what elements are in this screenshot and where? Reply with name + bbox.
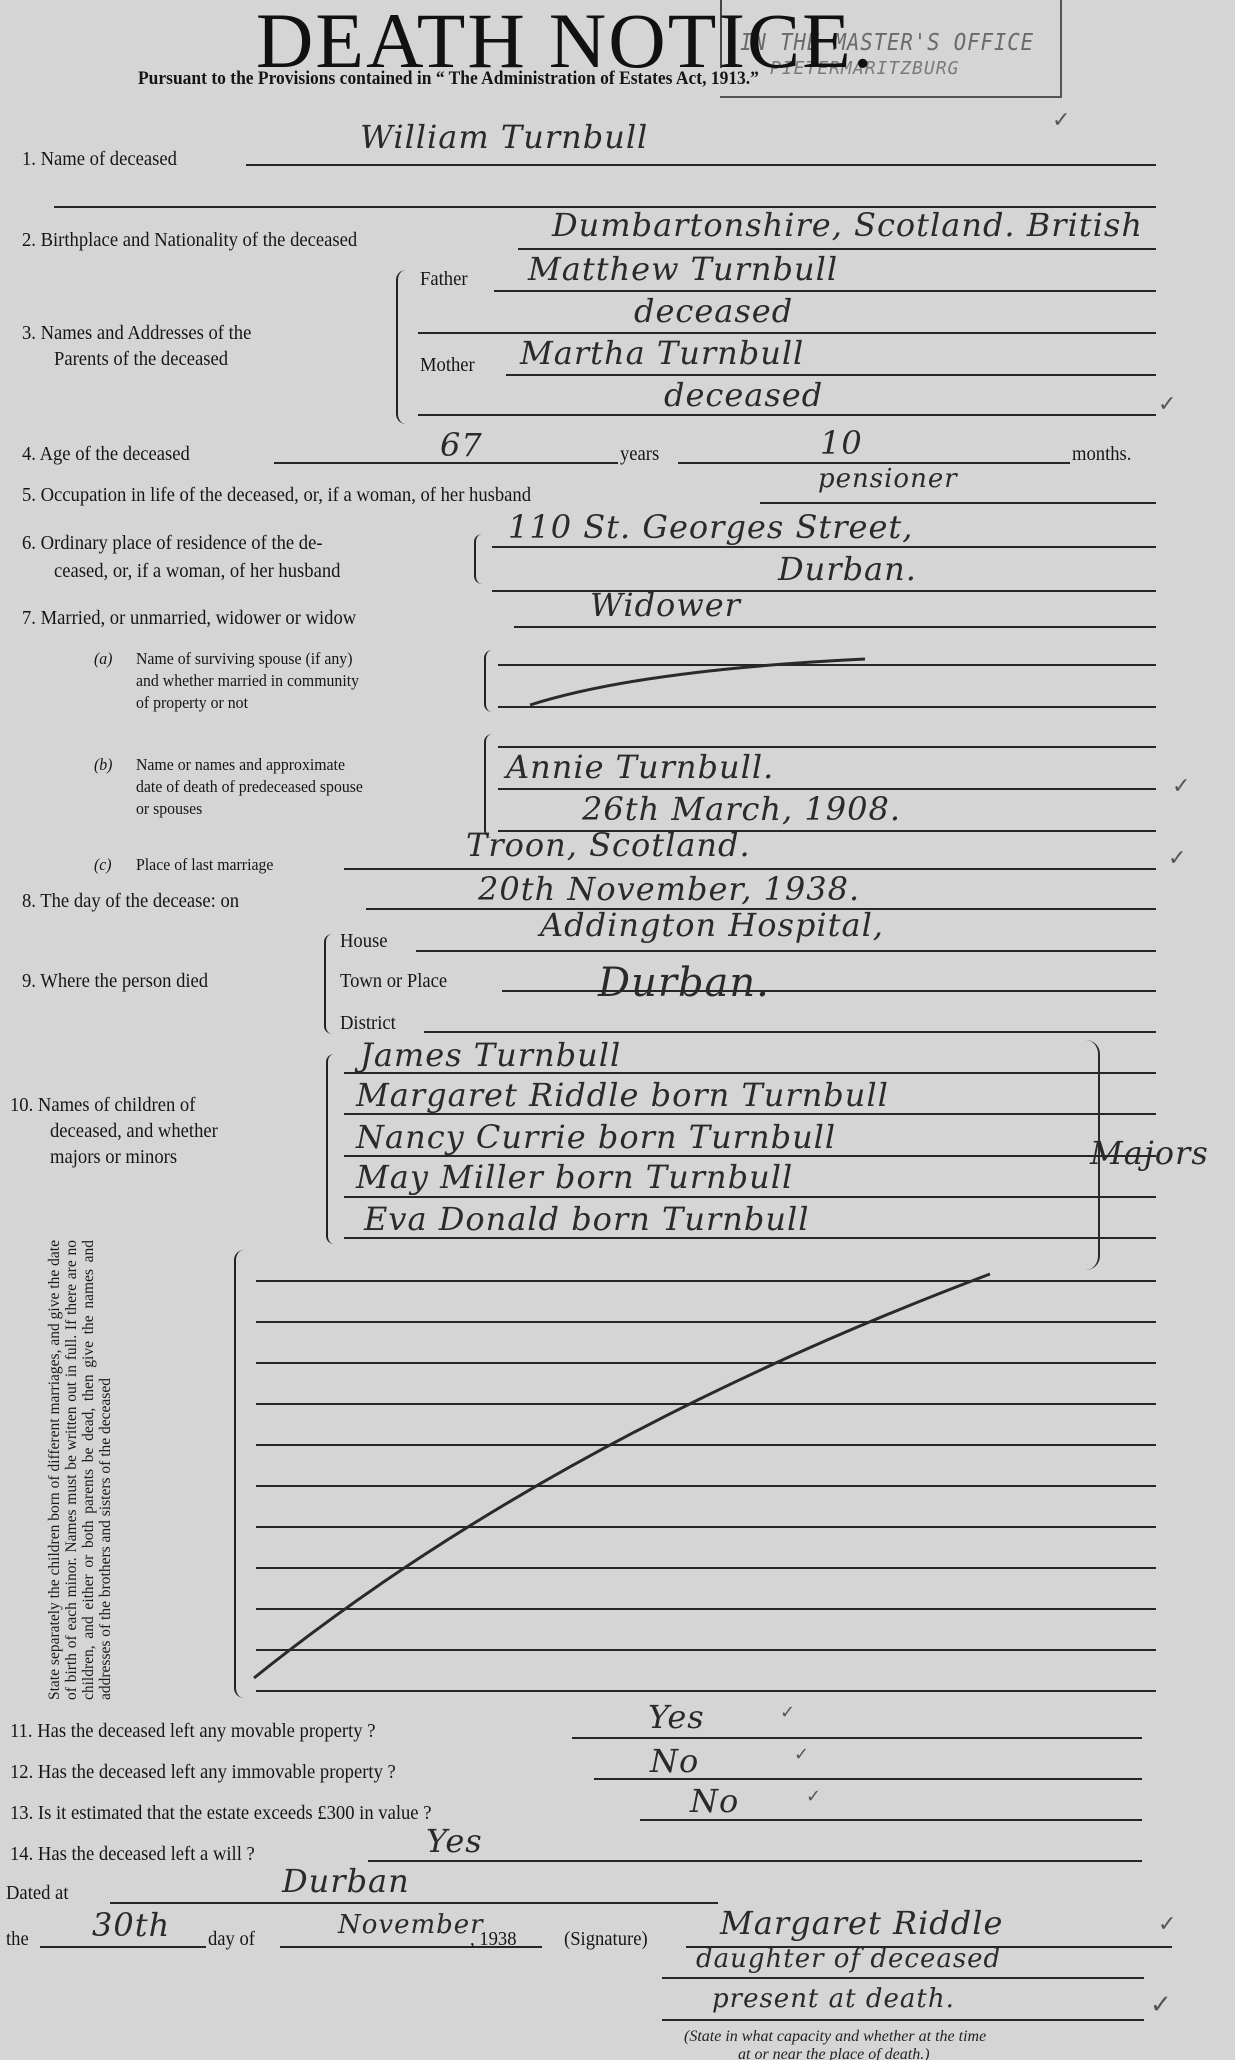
q7a-label-line3: of property or not <box>136 692 248 714</box>
day-rule <box>40 1946 206 1948</box>
q13-estate-exceeds[interactable]: No <box>690 1782 739 1820</box>
q9-district-label: District <box>340 1012 396 1035</box>
q9-house-label: House <box>340 930 388 953</box>
q11-rule <box>572 1737 1142 1739</box>
capacity-rule-2 <box>662 2019 1144 2021</box>
checkmark-icon: ✓ <box>1172 774 1190 799</box>
signature-label: (Signature) <box>564 1928 648 1951</box>
mother-name[interactable]: Martha Turnbull <box>520 334 804 372</box>
q14-rule <box>368 1860 1142 1862</box>
capacity-line1[interactable]: daughter of deceased <box>696 1944 1001 1974</box>
q10-label-line2: deceased, and whether <box>50 1120 218 1143</box>
q7c-marriage-place[interactable]: Troon, Scotland. <box>466 826 751 864</box>
q6-residence-line1[interactable]: 110 St. Georges Street, <box>508 508 913 546</box>
q5-label: 5. Occupation in life of the deceased, o… <box>22 484 531 507</box>
q7b-label-line3: or spouses <box>136 798 202 820</box>
q4-months-value[interactable]: 10 <box>820 424 863 462</box>
q7a-strikethrough-line <box>520 655 870 710</box>
q9-house-value[interactable]: Addington Hospital, <box>540 906 884 944</box>
q2-label: 2. Birthplace and Nationality of the dec… <box>22 229 357 252</box>
q9-town-value[interactable]: Durban. <box>598 960 770 1006</box>
q7a-label-line2: and whether married in community <box>136 670 359 692</box>
blank-rule <box>256 1690 1156 1692</box>
signature-value[interactable]: Margaret Riddle <box>720 1904 1003 1942</box>
q9-town-label: Town or Place <box>340 970 447 993</box>
q10-label-line3: majors or minors <box>50 1146 177 1169</box>
q6-residence-line2[interactable]: Durban. <box>778 550 917 588</box>
checkmark-icon: ✓ <box>1168 846 1186 871</box>
capacity-note-line2: at or near the place of death.) <box>738 2046 930 2060</box>
checkmark-icon: ✓ <box>806 1786 821 1807</box>
year-value: , 1938 <box>470 1928 517 1951</box>
q7b-spouse-name[interactable]: Annie Turnbull. <box>506 748 774 786</box>
q14-will[interactable]: Yes <box>426 1822 483 1860</box>
q7-rule <box>514 626 1156 628</box>
q4-months-label: months. <box>1072 443 1131 466</box>
capacity-line2[interactable]: present at death. <box>712 1984 955 2014</box>
q4-label: 4. Age of the deceased <box>22 443 190 466</box>
dated-at-label: Dated at <box>6 1882 68 1905</box>
q2-birthplace-nationality[interactable]: Dumbartonshire, Scotland. British <box>552 206 1143 244</box>
q11-movable-property[interactable]: Yes <box>648 1698 705 1736</box>
q4-years-label: years <box>620 443 659 466</box>
dated-at-place[interactable]: Durban <box>282 1862 410 1900</box>
q14-label: 14. Has the deceased left a will ? <box>10 1843 255 1866</box>
q8-date-of-death[interactable]: 20th November, 1938. <box>478 870 860 908</box>
q7-marital-status[interactable]: Widower <box>590 586 741 624</box>
q7b-spouse-death-date[interactable]: 26th March, 1908. <box>582 790 901 828</box>
mother-label: Mother <box>420 354 475 377</box>
q6-brace <box>474 534 484 584</box>
q7-label: 7. Married, or unmarried, widower or wid… <box>22 607 356 630</box>
child-4[interactable]: May Miller born Turnbull <box>356 1158 793 1196</box>
q9-district-rule <box>424 1031 1156 1033</box>
q6-label-line2: ceased, or, if a woman, of her husband <box>54 560 340 583</box>
q1-rule <box>246 164 1156 166</box>
q6-label-line1: 6. Ordinary place of residence of the de… <box>22 532 323 555</box>
note-brace <box>234 1250 246 1698</box>
q13-label: 13. Is it estimated that the estate exce… <box>10 1802 431 1825</box>
q7a-label-line1: Name of surviving spouse (if any) <box>136 648 352 670</box>
blank-section-strike-line <box>250 1270 1010 1690</box>
q11-label: 11. Has the deceased left any movable pr… <box>10 1720 375 1743</box>
capacity-note-line1: (State in what capacity and whether at t… <box>684 2028 986 2046</box>
q10-rule-4 <box>344 1196 1156 1198</box>
q9-house-rule <box>416 950 1156 952</box>
child-5[interactable]: Eva Donald born Turnbull <box>364 1200 809 1238</box>
father-address[interactable]: deceased <box>634 292 793 330</box>
mother-address[interactable]: deceased <box>664 376 823 414</box>
q7b-marker: (b) <box>94 754 112 776</box>
checkmark-icon: ✓ <box>1150 1990 1172 2020</box>
q7c-marker: (c) <box>94 854 112 876</box>
q12-label: 12. Has the deceased left any immovable … <box>10 1761 396 1784</box>
q10-brace <box>326 1054 336 1244</box>
q8-label: 8. The day of the decease: on <box>22 890 239 913</box>
checkmark-icon: ✓ <box>1158 392 1176 417</box>
q7a-marker: (a) <box>94 648 112 670</box>
q9-brace <box>324 934 334 1034</box>
separate-children-note: State separately the children born of di… <box>46 1240 114 1700</box>
checkmark-icon: ✓ <box>1158 1912 1176 1937</box>
q3-label-line2: Parents of the deceased <box>54 348 228 371</box>
q7b-label-line2: date of death of predeceased spouse <box>136 776 363 798</box>
q4-years-value[interactable]: 67 <box>440 426 483 464</box>
checkmark-icon: ✓ <box>780 1702 795 1723</box>
day-value[interactable]: 30th <box>92 1906 170 1944</box>
father-label: Father <box>420 268 468 291</box>
child-2[interactable]: Margaret Riddle born Turnbull <box>356 1076 889 1114</box>
q9-label: 9. Where the person died <box>22 970 208 993</box>
q7b-label-line1: Name or names and approximate <box>136 754 345 776</box>
page-subtitle: Pursuant to the Provisions contained in … <box>138 68 759 90</box>
father-rule <box>494 290 1156 292</box>
mother-address-rule <box>418 414 1156 416</box>
checkmark-icon: ✓ <box>794 1744 809 1765</box>
q10-label-line1: 10. Names of children of <box>10 1094 195 1117</box>
q7b-brace <box>484 734 494 838</box>
dated-at-rule <box>110 1902 718 1904</box>
the-label: the <box>6 1928 29 1951</box>
q1-label: 1. Name of deceased <box>22 148 177 171</box>
checkmark-icon: ✓ <box>1052 108 1070 133</box>
day-of-label: day of <box>208 1928 255 1951</box>
child-3[interactable]: Nancy Currie born Turnbull <box>356 1118 836 1156</box>
mother-rule <box>506 374 1156 376</box>
q3-label-line1: 3. Names and Addresses of the <box>22 322 251 345</box>
q5-rule <box>760 502 1156 504</box>
q7c-label: Place of last marriage <box>136 854 273 876</box>
child-1[interactable]: James Turnbull <box>360 1036 621 1074</box>
q12-immovable-property[interactable]: No <box>650 1742 699 1780</box>
q1-deceased-name[interactable]: William Turnbull <box>360 118 648 156</box>
capacity-rule-1 <box>662 1977 1144 1979</box>
q5-occupation[interactable]: pensioner <box>818 464 958 494</box>
q7a-brace <box>484 650 494 712</box>
month-value[interactable]: November <box>338 1910 484 1940</box>
father-name[interactable]: Matthew Turnbull <box>528 250 838 288</box>
q3-brace <box>396 270 408 424</box>
q6-rule-1 <box>492 546 1156 548</box>
children-majority-status[interactable]: Majors <box>1090 1134 1209 1172</box>
